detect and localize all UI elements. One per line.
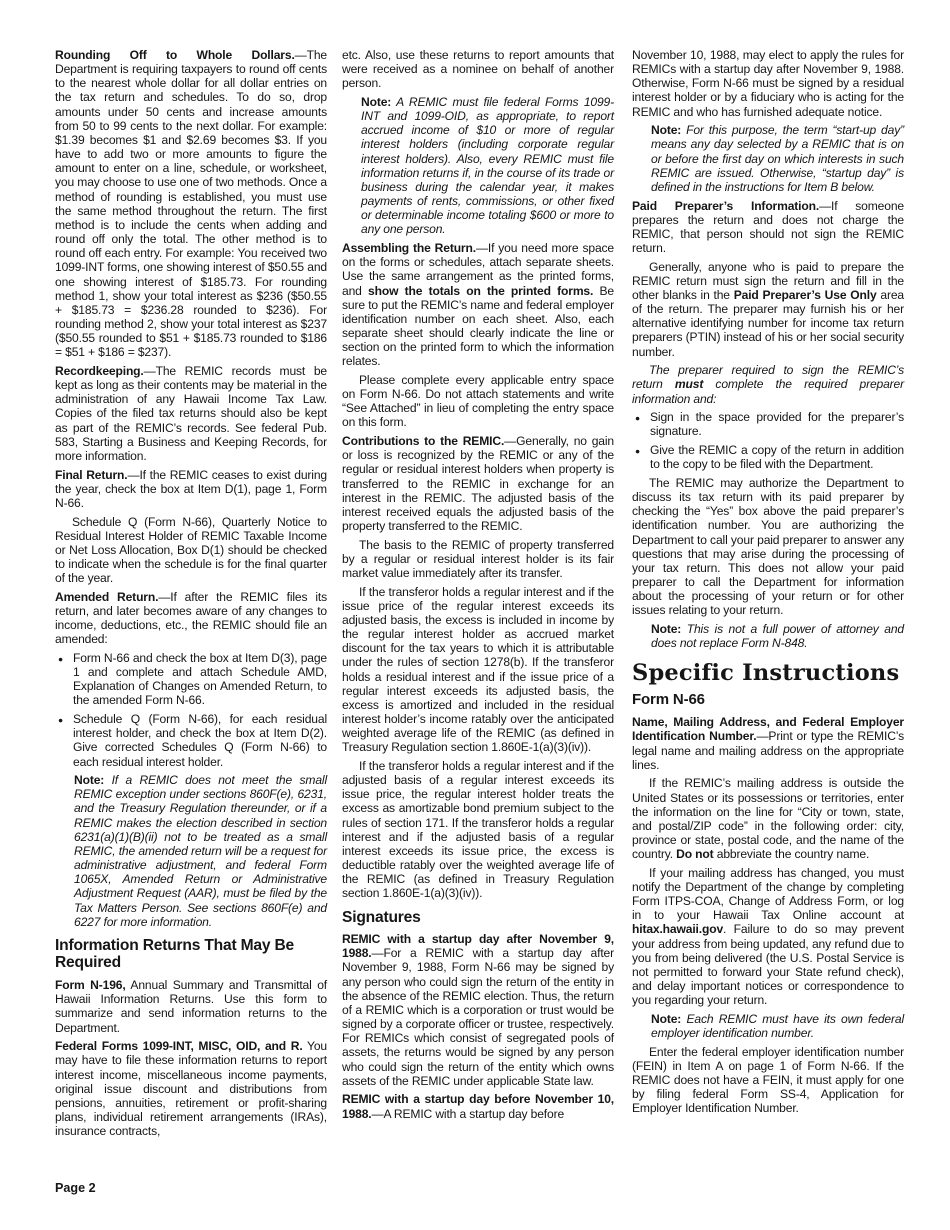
body-text: Schedule Q (Form N-66), Quarterly Notice…: [55, 515, 327, 586]
term-text: —Generally, no gain or loss is recognize…: [342, 434, 614, 533]
column-2: etc. Also, use these returns to report a…: [342, 48, 614, 1125]
bullet-icon: ●: [58, 652, 63, 666]
body-text: etc. Also, use these returns to report a…: [342, 48, 614, 90]
bullet-icon: ●: [635, 411, 640, 425]
bullet-text: Schedule Q (Form N-66), for each residua…: [73, 712, 327, 768]
term-label: Paid Preparer’s Information.: [632, 199, 819, 213]
note-label: Note:: [361, 95, 391, 109]
bullet-item: ●Schedule Q (Form N-66), for each residu…: [55, 712, 327, 769]
term-text: —The REMIC records must be kept as long …: [55, 364, 327, 463]
column-3: November 10, 1988, may elect to apply th…: [632, 48, 904, 1120]
note-label: Note:: [651, 1012, 681, 1026]
note: Note: Each REMIC must have its own feder…: [651, 1012, 904, 1040]
term-paragraph-startup-before: REMIC with a startup day before November…: [342, 1092, 614, 1120]
document-page: Rounding Off to Whole Dollars.—The Depar…: [0, 0, 950, 1230]
note: Note: If a REMIC does not meet the small…: [74, 773, 327, 929]
form-n66-heading: Form N-66: [632, 691, 904, 708]
column-1: Rounding Off to Whole Dollars.—The Depar…: [55, 48, 327, 1143]
term-text: You may have to file these information r…: [55, 1039, 327, 1138]
term-text: —The Department is requiring taxpayers t…: [55, 48, 327, 359]
section-heading-signatures: Signatures: [342, 909, 614, 927]
note: Note: This is not a full power of attorn…: [651, 622, 904, 650]
term-label: Contributions to the REMIC.: [342, 434, 504, 448]
term-paragraph-amended-return: Amended Return.—If after the REMIC files…: [55, 590, 327, 647]
term-label: Form N-196,: [55, 978, 126, 992]
body-text: Enter the federal employer identificatio…: [632, 1045, 904, 1116]
term-label: Rounding Off to Whole Dollars.: [55, 48, 295, 62]
term-paragraph-form-n196: Form N-196, Annual Summary and Transmitt…: [55, 978, 327, 1035]
bullet-icon: ●: [58, 713, 63, 727]
website-text: hitax.hawaii.gov: [632, 922, 723, 936]
paragraph: If the REMIC’s mailing address is outsid…: [632, 776, 904, 861]
body-text: If the transferor holds a regular intere…: [342, 759, 614, 900]
body-text: Please complete every applicable entry s…: [342, 373, 614, 429]
body-text: The basis to the REMIC of property trans…: [342, 538, 614, 580]
term-paragraph-contributions: Contributions to the REMIC.—Generally, n…: [342, 434, 614, 533]
paragraph: Enter the federal employer identificatio…: [632, 1045, 904, 1116]
paragraph: Schedule Q (Form N-66), Quarterly Notice…: [55, 515, 327, 586]
paragraph: Please complete every applicable entry s…: [342, 373, 614, 430]
term-label: Federal Forms 1099-INT, MISC, OID, and R…: [55, 1039, 303, 1053]
paragraph: The basis to the REMIC of property trans…: [342, 538, 614, 580]
term-paragraph-paid-preparer: Paid Preparer’s Information.—If someone …: [632, 199, 904, 256]
bullet-text: Form N-66 and check the box at Item D(3)…: [73, 651, 327, 707]
bullet-text: Sign in the space provided for the prepa…: [650, 410, 904, 438]
section-heading-information-returns: Information Returns That May Be Required: [55, 937, 327, 972]
body-text: The REMIC may authorize the Department t…: [632, 476, 904, 617]
paragraph: If the transferor holds a regular intere…: [342, 585, 614, 755]
term-paragraph-name-address: Name, Mailing Address, and Federal Emplo…: [632, 715, 904, 772]
bullet-item: ●Form N-66 and check the box at Item D(3…: [55, 651, 327, 708]
term-label: Assembling the Return.: [342, 241, 476, 255]
paragraph-continuation: etc. Also, use these returns to report a…: [342, 48, 614, 90]
paragraph-italic: The preparer required to sign the REMIC’…: [632, 363, 904, 405]
emphasis-text: Paid Preparer’s Use Only: [734, 288, 877, 302]
term-paragraph-recordkeeping: Recordkeeping.—The REMIC records must be…: [55, 364, 327, 463]
bullet-text: Give the REMIC a copy of the return in a…: [650, 443, 904, 471]
page-footer: Page 2: [55, 1181, 96, 1195]
paragraph: The REMIC may authorize the Department t…: [632, 476, 904, 618]
emphasis-text: show the totals on the printed forms.: [368, 284, 593, 298]
note-text: If a REMIC does not meet the small REMIC…: [74, 773, 327, 929]
bullet-item: ●Give the REMIC a copy of the return in …: [632, 443, 904, 471]
body-text: If the transferor holds a regular intere…: [342, 585, 614, 755]
term-paragraph-federal-forms: Federal Forms 1099-INT, MISC, OID, and R…: [55, 1039, 327, 1138]
term-paragraph-final-return: Final Return.—If the REMIC ceases to exi…: [55, 468, 327, 510]
paragraph: If the transferor holds a regular intere…: [342, 759, 614, 901]
note-label: Note:: [74, 773, 104, 787]
note: Note: For this purpose, the term “start-…: [651, 123, 904, 194]
body-text: November 10, 1988, may elect to apply th…: [632, 48, 904, 119]
term-paragraph-startup-after: REMIC with a startup day after November …: [342, 932, 614, 1088]
term-text: —A REMIC with a startup day before: [372, 1107, 565, 1121]
emphasis-text: must: [675, 377, 703, 391]
note-label: Note:: [651, 123, 681, 137]
note-text: This is not a full power of attorney and…: [651, 622, 904, 650]
term-label: Amended Return.: [55, 590, 158, 604]
term-text: —For a REMIC with a startup day after No…: [342, 946, 614, 1087]
term-label: Recordkeeping.: [55, 364, 144, 378]
note-text: For this purpose, the term “start-up day…: [651, 123, 904, 194]
paragraph-continuation: November 10, 1988, may elect to apply th…: [632, 48, 904, 119]
body-text: abbreviate the country name.: [714, 847, 870, 861]
term-paragraph-rounding-off: Rounding Off to Whole Dollars.—The Depar…: [55, 48, 327, 359]
bullet-item: ●Sign in the space provided for the prep…: [632, 410, 904, 438]
emphasis-text: Do not: [676, 847, 713, 861]
body-text: If your mailing address has changed, you…: [632, 866, 904, 922]
note-text: Each REMIC must have its own federal emp…: [651, 1012, 904, 1040]
term-paragraph-assembling: Assembling the Return.—If you need more …: [342, 241, 614, 368]
bullet-icon: ●: [635, 444, 640, 458]
specific-instructions-heading: Specific Instructions: [632, 660, 904, 686]
note: Note: A REMIC must file federal Forms 10…: [361, 95, 614, 237]
paragraph: Generally, anyone who is paid to prepare…: [632, 260, 904, 359]
term-label: Final Return.: [55, 468, 128, 482]
paragraph: If your mailing address has changed, you…: [632, 866, 904, 1008]
note-label: Note:: [651, 622, 681, 636]
note-text: A REMIC must file federal Forms 1099-INT…: [361, 95, 614, 236]
